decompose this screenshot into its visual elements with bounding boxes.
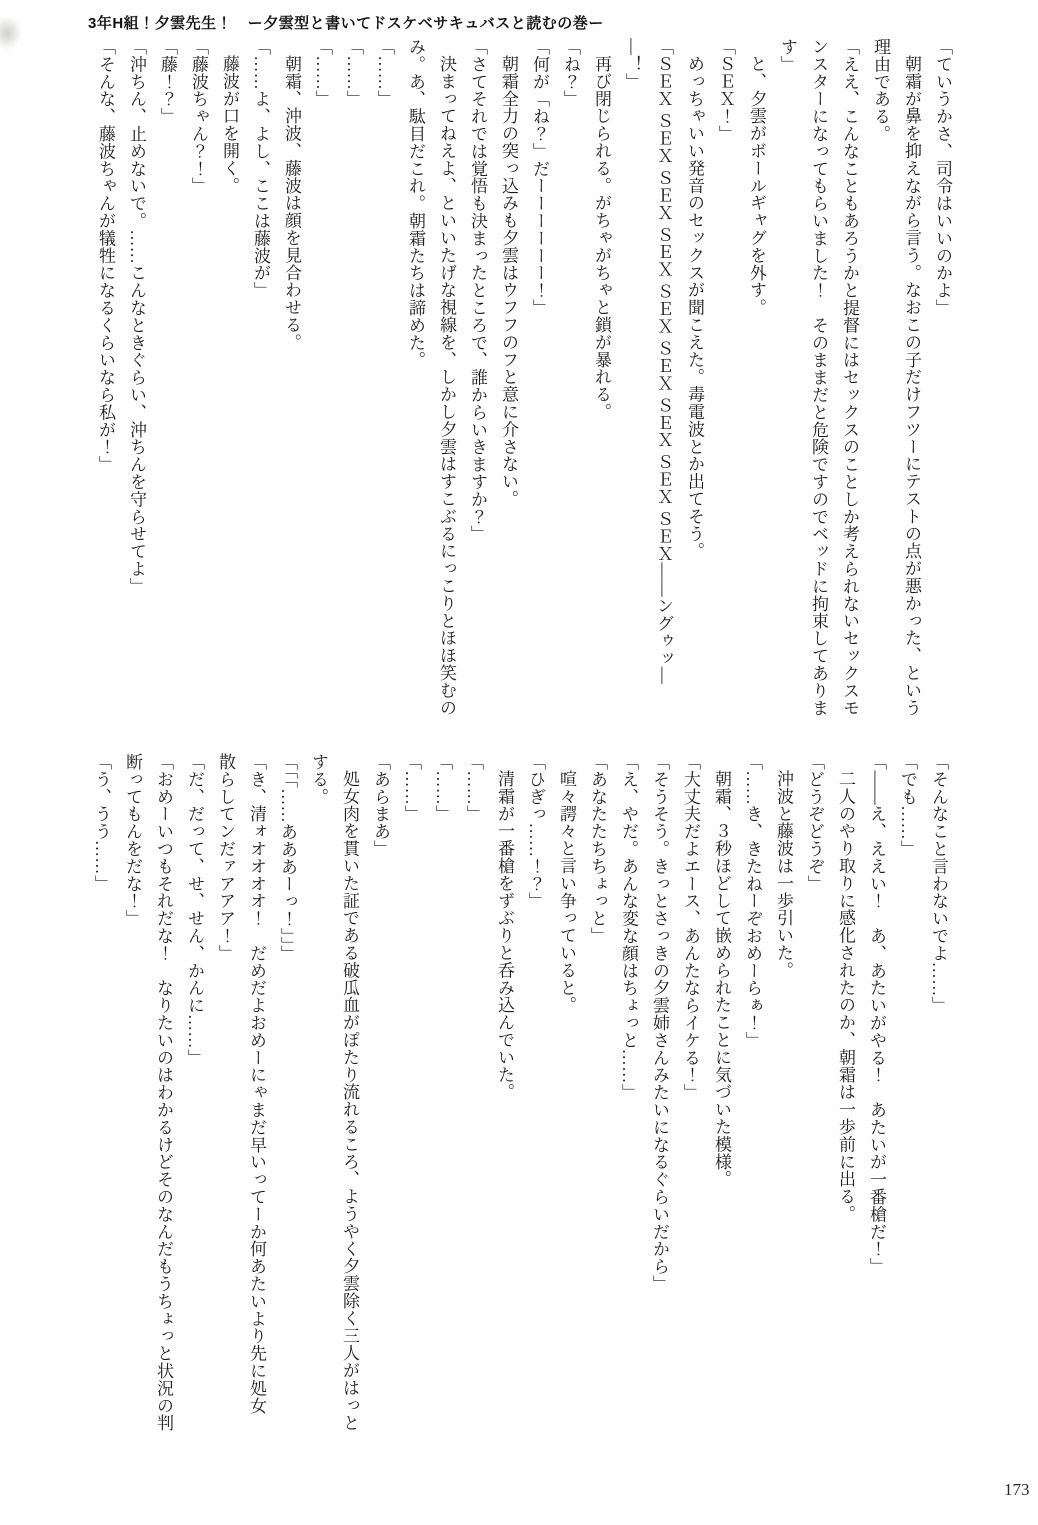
- text-line: 「……」: [338, 38, 369, 738]
- text-line: 「ひぎっ……！？」: [520, 753, 551, 1465]
- text-line: 「ＳＥＸ ＳＥＸ ＳＥＸ ＳＥＸ ＳＥＸ ＳＥＸ ＳＥＸ ＳＥＸ ＳＥＸ――ング…: [648, 38, 679, 738]
- text-line: 「ええ、こんなこともあろうかと提督にはセックスのことしか考えられないセックスモ: [834, 38, 865, 738]
- text-line: 「う、うう……」: [86, 753, 117, 1465]
- text-line: 喧々諤々と言い争っていると。: [551, 753, 582, 1465]
- text-line: 「そんなこと言わないでよ……」: [923, 753, 954, 1465]
- text-line: 「……よ、よし、ここは藤波が」: [245, 38, 276, 738]
- text-line: 処女肉を貫いた証である破瓜血がぽたり流れるころ、ようやく夕雲除く三人がはっと: [334, 753, 365, 1465]
- text-line: 断ってもんをだな！」: [117, 753, 148, 1465]
- text-line: 「ＳＥＸ！」: [710, 38, 741, 738]
- text-line: 朝霜、沖波、藤波は顔を見合わせる。: [276, 38, 307, 738]
- text-line: 「――え、ええい！ あ、あたいがやる！ あたいが一番槍だ！」: [861, 753, 892, 1465]
- text-line: 「だ、だって、せ、せん、かんに……」: [179, 753, 210, 1465]
- text-line: 「おめーいつもそれだな！ なりたいのはわかるけどそのなんだもうちょっと状況の判: [148, 753, 179, 1465]
- text-line: す」: [772, 38, 803, 738]
- text-line: 「何が「ね？」だーーーーーー！」: [524, 38, 555, 738]
- text-line: 「沖ちん、止めないで。……こんなときぐらい、沖ちんを守らせてよ」: [121, 38, 152, 738]
- text-line: 「……」: [307, 38, 338, 738]
- text-line: 「え、やだ。あんな変な顔はちょっと……」: [613, 753, 644, 1465]
- text-line: 二人のやり取りに感化されたのか、朝霜は一歩前に出る。: [830, 753, 861, 1465]
- text-line: 朝霜が鼻を抑えながら言う。なおこの子だけフツーにテストの点が悪かった、という: [896, 38, 927, 738]
- text-line: 「ね？」: [555, 38, 586, 738]
- bottom-text-block: 「そんなこと言わないでよ……」「でも……」「――え、ええい！ あ、あたいがやる！…: [86, 753, 954, 1465]
- text-line: 「あなたたちちょっと」: [582, 753, 613, 1465]
- text-line: 「どうぞどうぞ」: [799, 753, 830, 1465]
- text-line: 「そうそう。きっとさっきの夕雲姉さんみたいになるぐらいだから」: [644, 753, 675, 1465]
- text-line: する。: [303, 753, 334, 1465]
- text-line: 清霜が一番槍をずぶりと呑み込んでいた。: [489, 753, 520, 1465]
- text-line: 「……」: [458, 753, 489, 1465]
- text-line: 藤波が口を開く。: [214, 38, 245, 738]
- page-number: 173: [1004, 1480, 1030, 1500]
- text-line: 「藤！？」: [152, 38, 183, 738]
- text-line: ンスターになってもらいました！ そのままだと危険ですのでベッドに拘束してありま: [803, 38, 834, 738]
- text-line: めっちゃいい発音のセックスが聞こえた。毒電波とか出てそう。: [679, 38, 710, 738]
- text-line: 散らしてンだァアアア！」: [210, 753, 241, 1465]
- text-line: ―！」: [617, 38, 648, 738]
- text-line: み。あ、駄目だこれ。朝霜たちは諦めた。: [400, 38, 431, 738]
- text-line: 朝霜全力の突っ込みも夕雲はウフフのフと意に介さない。: [493, 38, 524, 738]
- text-line: 決まってねえよ、といいたげな視線を、しかし夕雲はすこぶるにっこりとほほ笑むの: [431, 38, 462, 738]
- text-line: 「……」: [369, 38, 400, 738]
- text-line: 「……」: [427, 753, 458, 1465]
- text-line: 「……き、きたねーぞおめーらぁ！」: [737, 753, 768, 1465]
- text-line: 朝霜、３秒ほどして嵌められたことに気づいた模様。: [706, 753, 737, 1465]
- text-line: 再び閉じられる。がちゃがちゃと鎖が暴れる。: [586, 38, 617, 738]
- text-line: 「藤波ちゃん？！」: [183, 38, 214, 738]
- text-line: 「ていうかさ、司令はいいのかよ」: [927, 38, 958, 738]
- text-line: と、夕雲がボールギャグを外す。: [741, 38, 772, 738]
- page-title: 3年H組！夕雲先生！ ー夕雲型と書いてドスケベサキュバスと読むの巻ー: [88, 12, 604, 33]
- text-line: 「……」: [396, 753, 427, 1465]
- scan-artifact: [0, 16, 22, 50]
- text-line: 「大丈夫だよエース、あんたならイケる！」: [675, 753, 706, 1465]
- text-line: 沖波と藤波は一歩引いた。: [768, 753, 799, 1465]
- text-line: 「き、清ォオオオオ！ だめだよおめーにゃまだ早いってーか何あたいより先に処女: [241, 753, 272, 1465]
- text-line: 理由である。: [865, 38, 896, 738]
- top-text-block: 「ていうかさ、司令はいいのかよ」朝霜が鼻を抑えながら言う。なおこの子だけフツーに…: [90, 38, 958, 738]
- text-line: 「「「……あああーっ！」」」: [272, 753, 303, 1465]
- text-line: 「でも……」: [892, 753, 923, 1465]
- text-line: 「あらまあ」: [365, 753, 396, 1465]
- text-line: 「さてそれでは覚悟も決まったところで、誰からいきますか？」: [462, 38, 493, 738]
- text-line: 「そんな、藤波ちゃんが犠牲になるくらいなら私が！」: [90, 38, 121, 738]
